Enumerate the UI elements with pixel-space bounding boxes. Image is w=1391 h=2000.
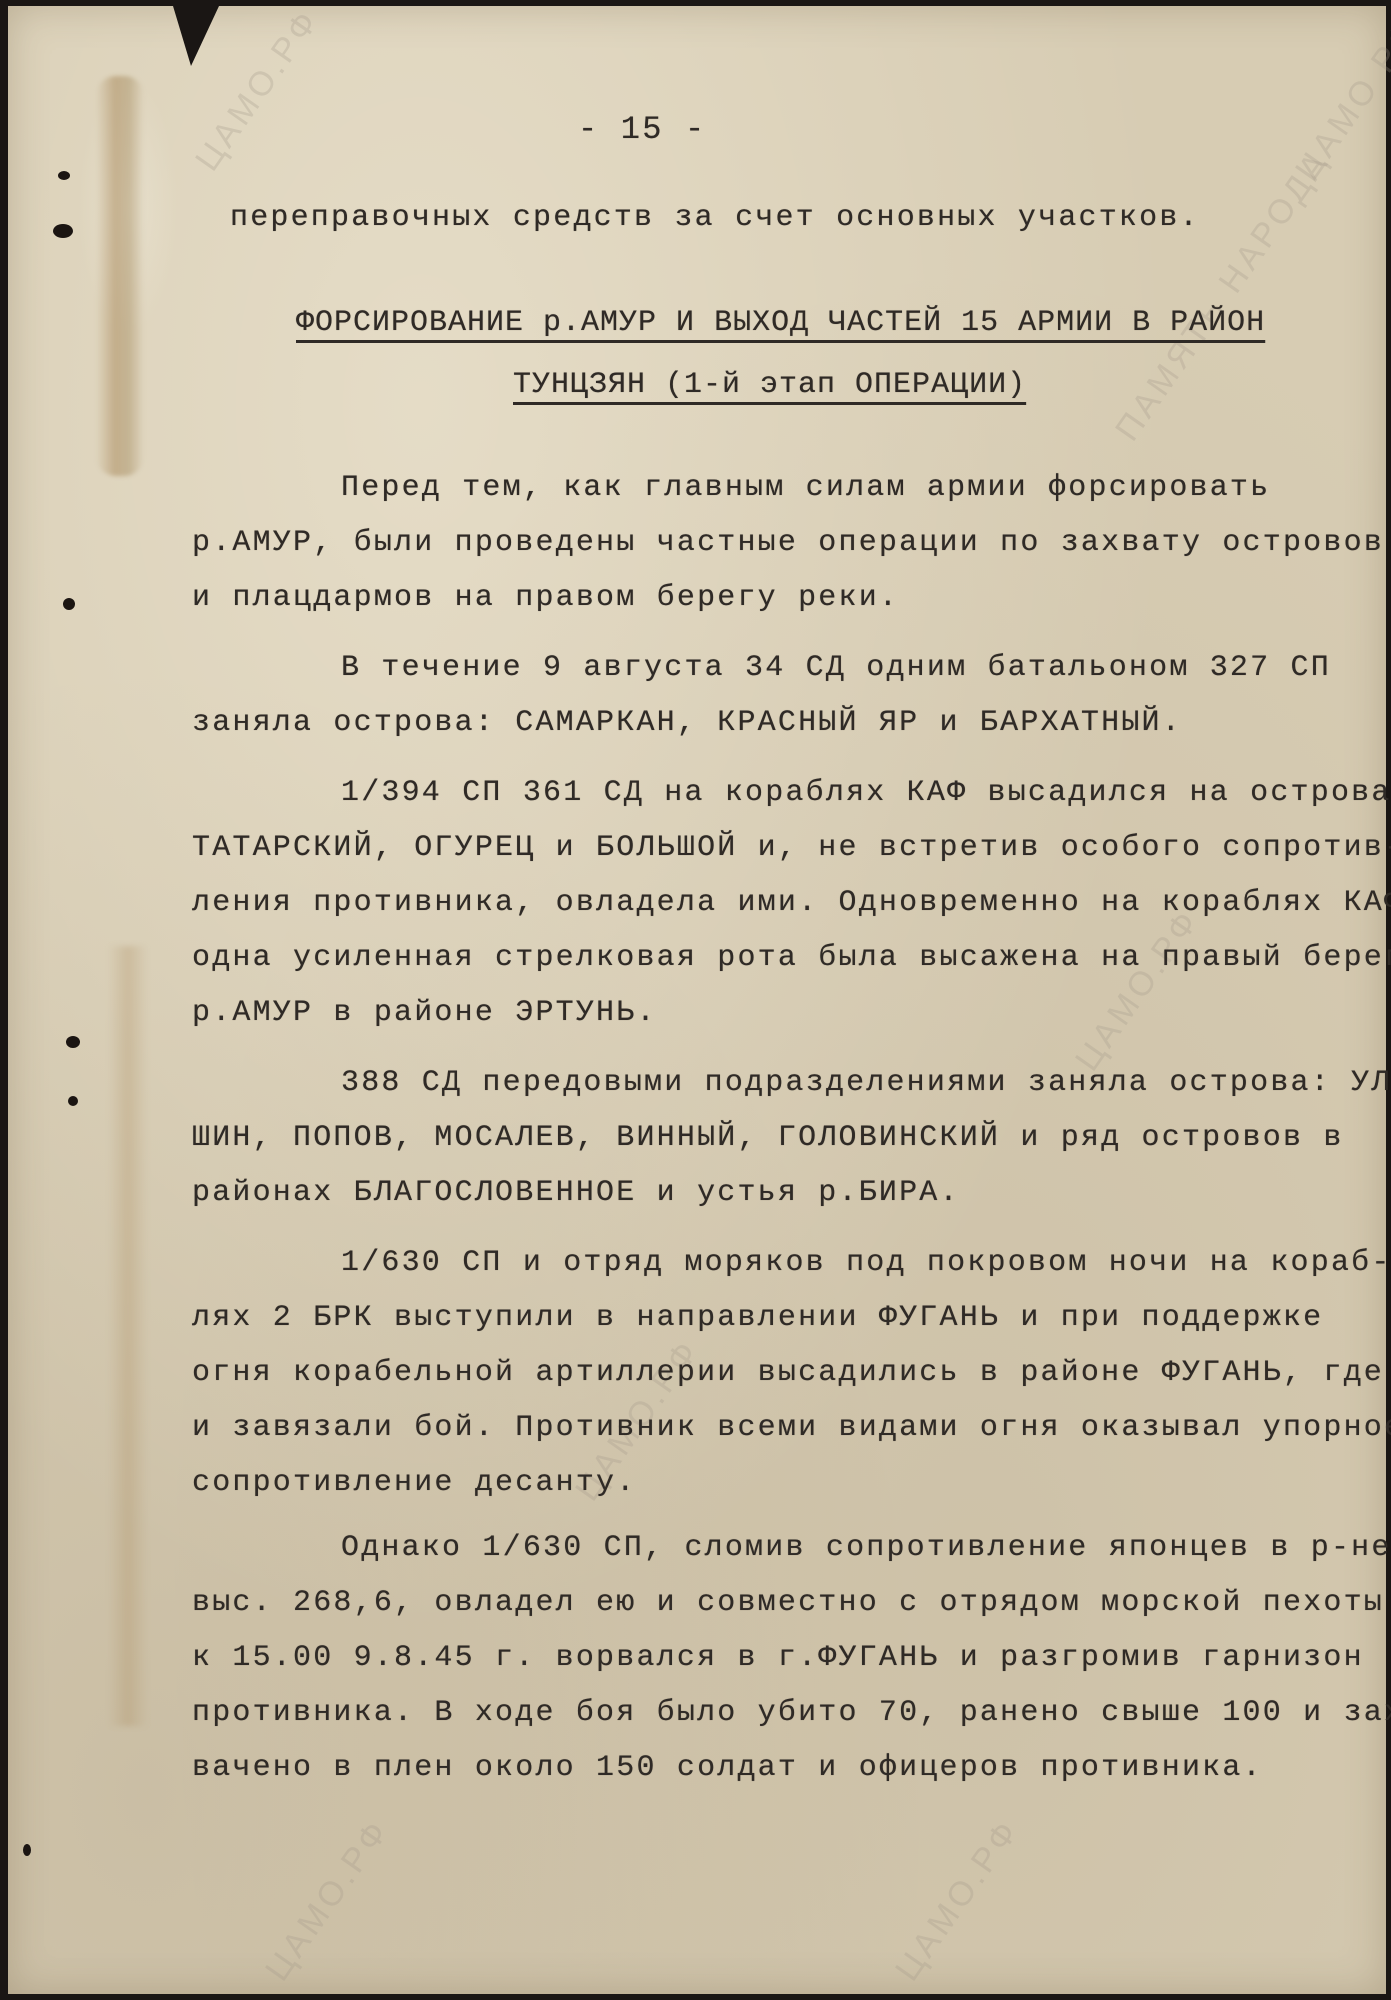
paragraph-line: и завязали бой. Противник всеми видами о… (192, 1411, 1391, 1445)
page-number: - 15 - (578, 111, 706, 148)
section-heading-line-2: ТУНЦЗЯН (1-й этап ОПЕРАЦИИ) (513, 368, 1026, 402)
paragraph-line: Однако 1/630 СП, сломив сопротивление яп… (341, 1531, 1391, 1565)
paragraph-line: р.АМУР, были проведены частные операции … (192, 526, 1384, 560)
binding-hole (68, 1096, 78, 1106)
paragraph-line: и плацдармов на правом берегу реки. (192, 581, 899, 615)
binding-hole (23, 1844, 31, 1856)
paragraph-line: районах БЛАГОСЛОВЕННОЕ и устья р.БИРА. (192, 1176, 960, 1210)
paragraph-line: лях 2 БРК выступили в направлении ФУГАНЬ… (192, 1301, 1323, 1335)
watermark: ЦАМО.РФ (888, 1812, 1028, 1989)
watermark: ЦАМО.РФ (1068, 902, 1208, 1079)
paragraph-line: к 15.00 9.8.45 г. ворвался в г.ФУГАНЬ и … (192, 1641, 1364, 1675)
paragraph-line: заняла острова: САМАРКАН, КРАСНЫЙ ЯР и Б… (192, 706, 1182, 740)
document-page: ЦАМО.РФ ЦАМО РФ ПАМЯТЬ НАРОДА ЦАМО.РФ ЦА… (8, 6, 1386, 1994)
continuation-line: переправочных средств за счет основных у… (230, 201, 1200, 235)
paragraph-line: огня корабельной артиллерии высадились в… (192, 1356, 1384, 1390)
binding-hole (58, 171, 70, 180)
paragraph-line: ТАТАРСКИЙ, ОГУРЕЦ и БОЛЬШОЙ и, не встрет… (192, 831, 1391, 865)
glue-stain (96, 76, 144, 476)
watermark: ЦАМО РФ (1288, 12, 1391, 189)
paragraph-line: ШИН, ПОПОВ, МОСАЛЕВ, ВИННЫЙ, ГОЛОВИНСКИЙ… (192, 1121, 1344, 1155)
binding-hole (63, 598, 75, 610)
paragraph-line: противника. В ходе боя было убито 70, ра… (192, 1696, 1391, 1730)
paragraph-line: 1/630 СП и отряд моряков под покровом но… (341, 1246, 1391, 1280)
paragraph-line: Перед тем, как главным силам армии форси… (341, 471, 1270, 505)
watermark: ЦАМО.РФ (258, 1812, 398, 1989)
paragraph-line: выс. 268,6, овладел ею и совместно с отр… (192, 1586, 1384, 1620)
section-heading-line-1: ФОРСИРОВАНИЕ р.АМУР И ВЫХОД ЧАСТЕЙ 15 АР… (296, 306, 1265, 340)
paragraph-line: р.АМУР в районе ЭРТУНЬ. (192, 996, 657, 1030)
paragraph-line: В течение 9 августа 34 СД одним батальон… (341, 651, 1331, 685)
binding-hole (53, 224, 73, 238)
paragraph-line: ления противника, овладела ими. Одноврем… (192, 886, 1391, 920)
torn-notch (173, 6, 219, 66)
paragraph-line: вачено в плен около 150 солдат и офицеро… (192, 1751, 1263, 1785)
paragraph-line: сопротивление десанту. (192, 1466, 636, 1500)
paragraph-line: 388 СД передовыми подразделениями заняла… (341, 1066, 1391, 1100)
paragraph-line: одна усиленная стрелковая рота была выса… (192, 941, 1391, 975)
glue-stain-lower (108, 946, 148, 1726)
watermark: ПАМЯТЬ НАРОДА (1108, 143, 1338, 448)
binding-hole (66, 1036, 80, 1048)
paragraph-line: 1/394 СП 361 СД на кораблях КАФ высадилс… (341, 776, 1391, 810)
